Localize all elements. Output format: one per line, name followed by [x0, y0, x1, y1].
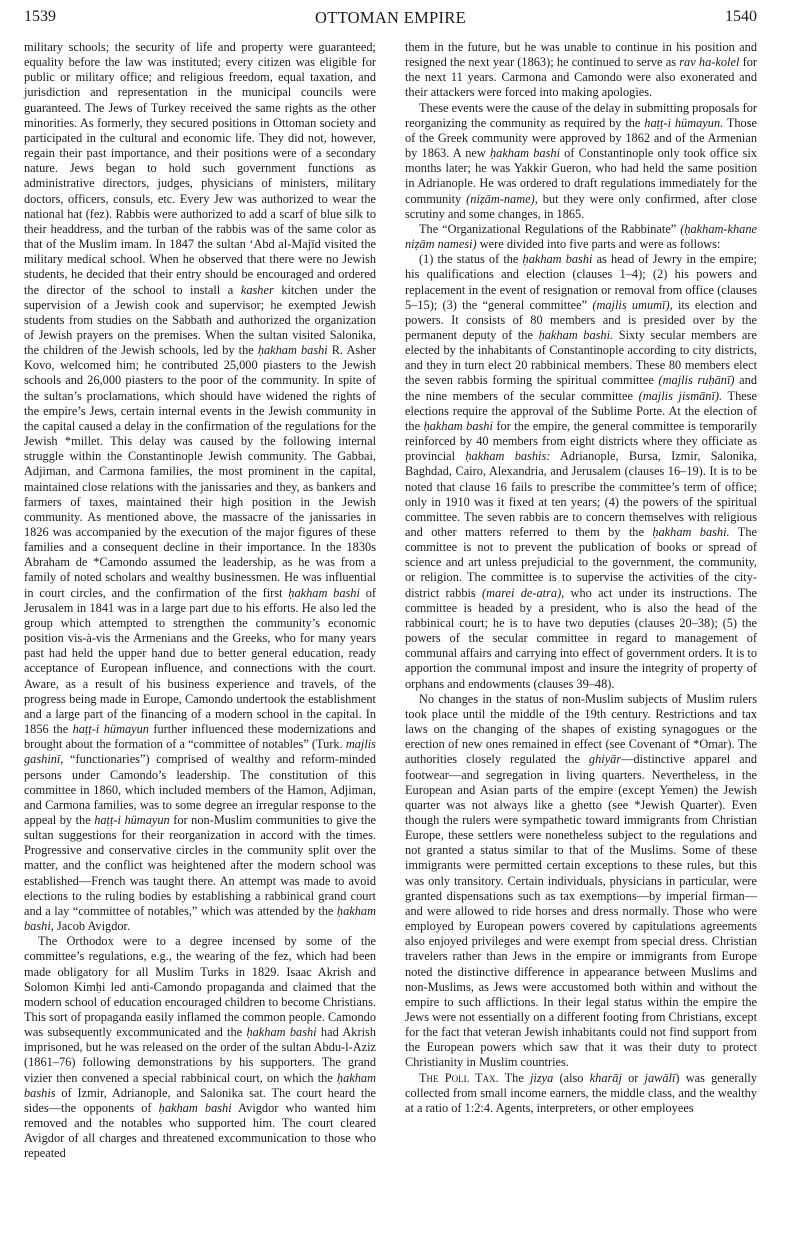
italic-term: ḥakham bashi: [159, 1101, 232, 1115]
italic-term: haṭṭ-i hümayun: [73, 722, 149, 736]
italic-term: ḥakham bashi: [246, 1025, 316, 1039]
text-run: military schools; the security of life a…: [24, 40, 376, 297]
italic-term: ghiyār: [589, 752, 621, 766]
text-run: Jacob Avigdor.: [54, 919, 130, 933]
italic-term: kasher: [241, 283, 274, 297]
paragraph: them in the future, but he was unable to…: [405, 40, 757, 101]
italic-term: ḥakham bashi.: [652, 525, 729, 539]
italic-term: (majlis ruḥānī): [659, 373, 735, 387]
text-run: R. Asher Kovo, welcomed him; he contribu…: [24, 343, 376, 600]
right-column: them in the future, but he was unable to…: [405, 40, 757, 1116]
paragraph: These events were the cause of the delay…: [405, 101, 757, 222]
text-run: of Jerusalem in 1841 was in a large part…: [24, 586, 376, 736]
text-run: (1) the status of the: [419, 252, 523, 266]
italic-term: ḥakham bashi: [490, 146, 560, 160]
italic-term: ḥakham bashi: [424, 419, 493, 433]
left-column: military schools; the security of life a…: [24, 40, 376, 1162]
text-run: for non-Muslim communities to give the s…: [24, 813, 376, 918]
running-title: OTTOMAN EMPIRE: [24, 8, 757, 28]
italic-term: ḥakham bashi: [523, 252, 593, 266]
text-run: The Orthodox were to a degree incensed b…: [24, 934, 376, 1039]
text-run: The “Organizational Regulations of the R…: [419, 222, 680, 236]
paragraph: The “Organizational Regulations of the R…: [405, 222, 757, 252]
italic-term: ḥakham bashi.: [539, 328, 614, 342]
paragraph: The Orthodox were to a degree incensed b…: [24, 934, 376, 1161]
italic-term: haṭṭ-i hümayun.: [644, 116, 723, 130]
text-run: —distinctive apparel and footwear—and se…: [405, 752, 757, 1069]
paragraph: military schools; the security of life a…: [24, 40, 376, 934]
italic-term: ḥakham bashi: [258, 343, 328, 357]
italic-term: (niẓām-name),: [466, 192, 538, 206]
text-run: who act under its instructions. The comm…: [405, 586, 757, 691]
page-header: 1539 OTTOMAN EMPIRE 1540: [24, 8, 757, 30]
italic-term: (majlis umumī),: [592, 298, 672, 312]
text-run: (also: [553, 1071, 589, 1085]
section-heading: The Poll Tax.: [419, 1071, 499, 1085]
italic-term: (majlis jismānī).: [639, 389, 723, 403]
italic-term: ḥakham bashis:: [465, 449, 550, 463]
italic-term: (marei de-atra),: [482, 586, 564, 600]
text-run: The: [499, 1071, 530, 1085]
page-number-right: 1540: [725, 8, 757, 26]
italic-term: rav ha-kolel: [679, 55, 739, 69]
italic-term: kharāj: [590, 1071, 622, 1085]
italic-term: haṭṭ-i hümayun: [94, 813, 170, 827]
text-run: were divided into five parts and were as…: [477, 237, 721, 251]
text-run: or: [622, 1071, 645, 1085]
paragraph: No changes in the status of non-Muslim s…: [405, 692, 757, 1071]
italic-term: ḥakham bashi: [288, 586, 360, 600]
paragraph: The Poll Tax. The jizya (also kharāj or …: [405, 1071, 757, 1116]
italic-term: jawālī: [645, 1071, 676, 1085]
italic-term: jizya: [530, 1071, 553, 1085]
paragraph: (1) the status of the ḥakham bashi as he…: [405, 252, 757, 692]
